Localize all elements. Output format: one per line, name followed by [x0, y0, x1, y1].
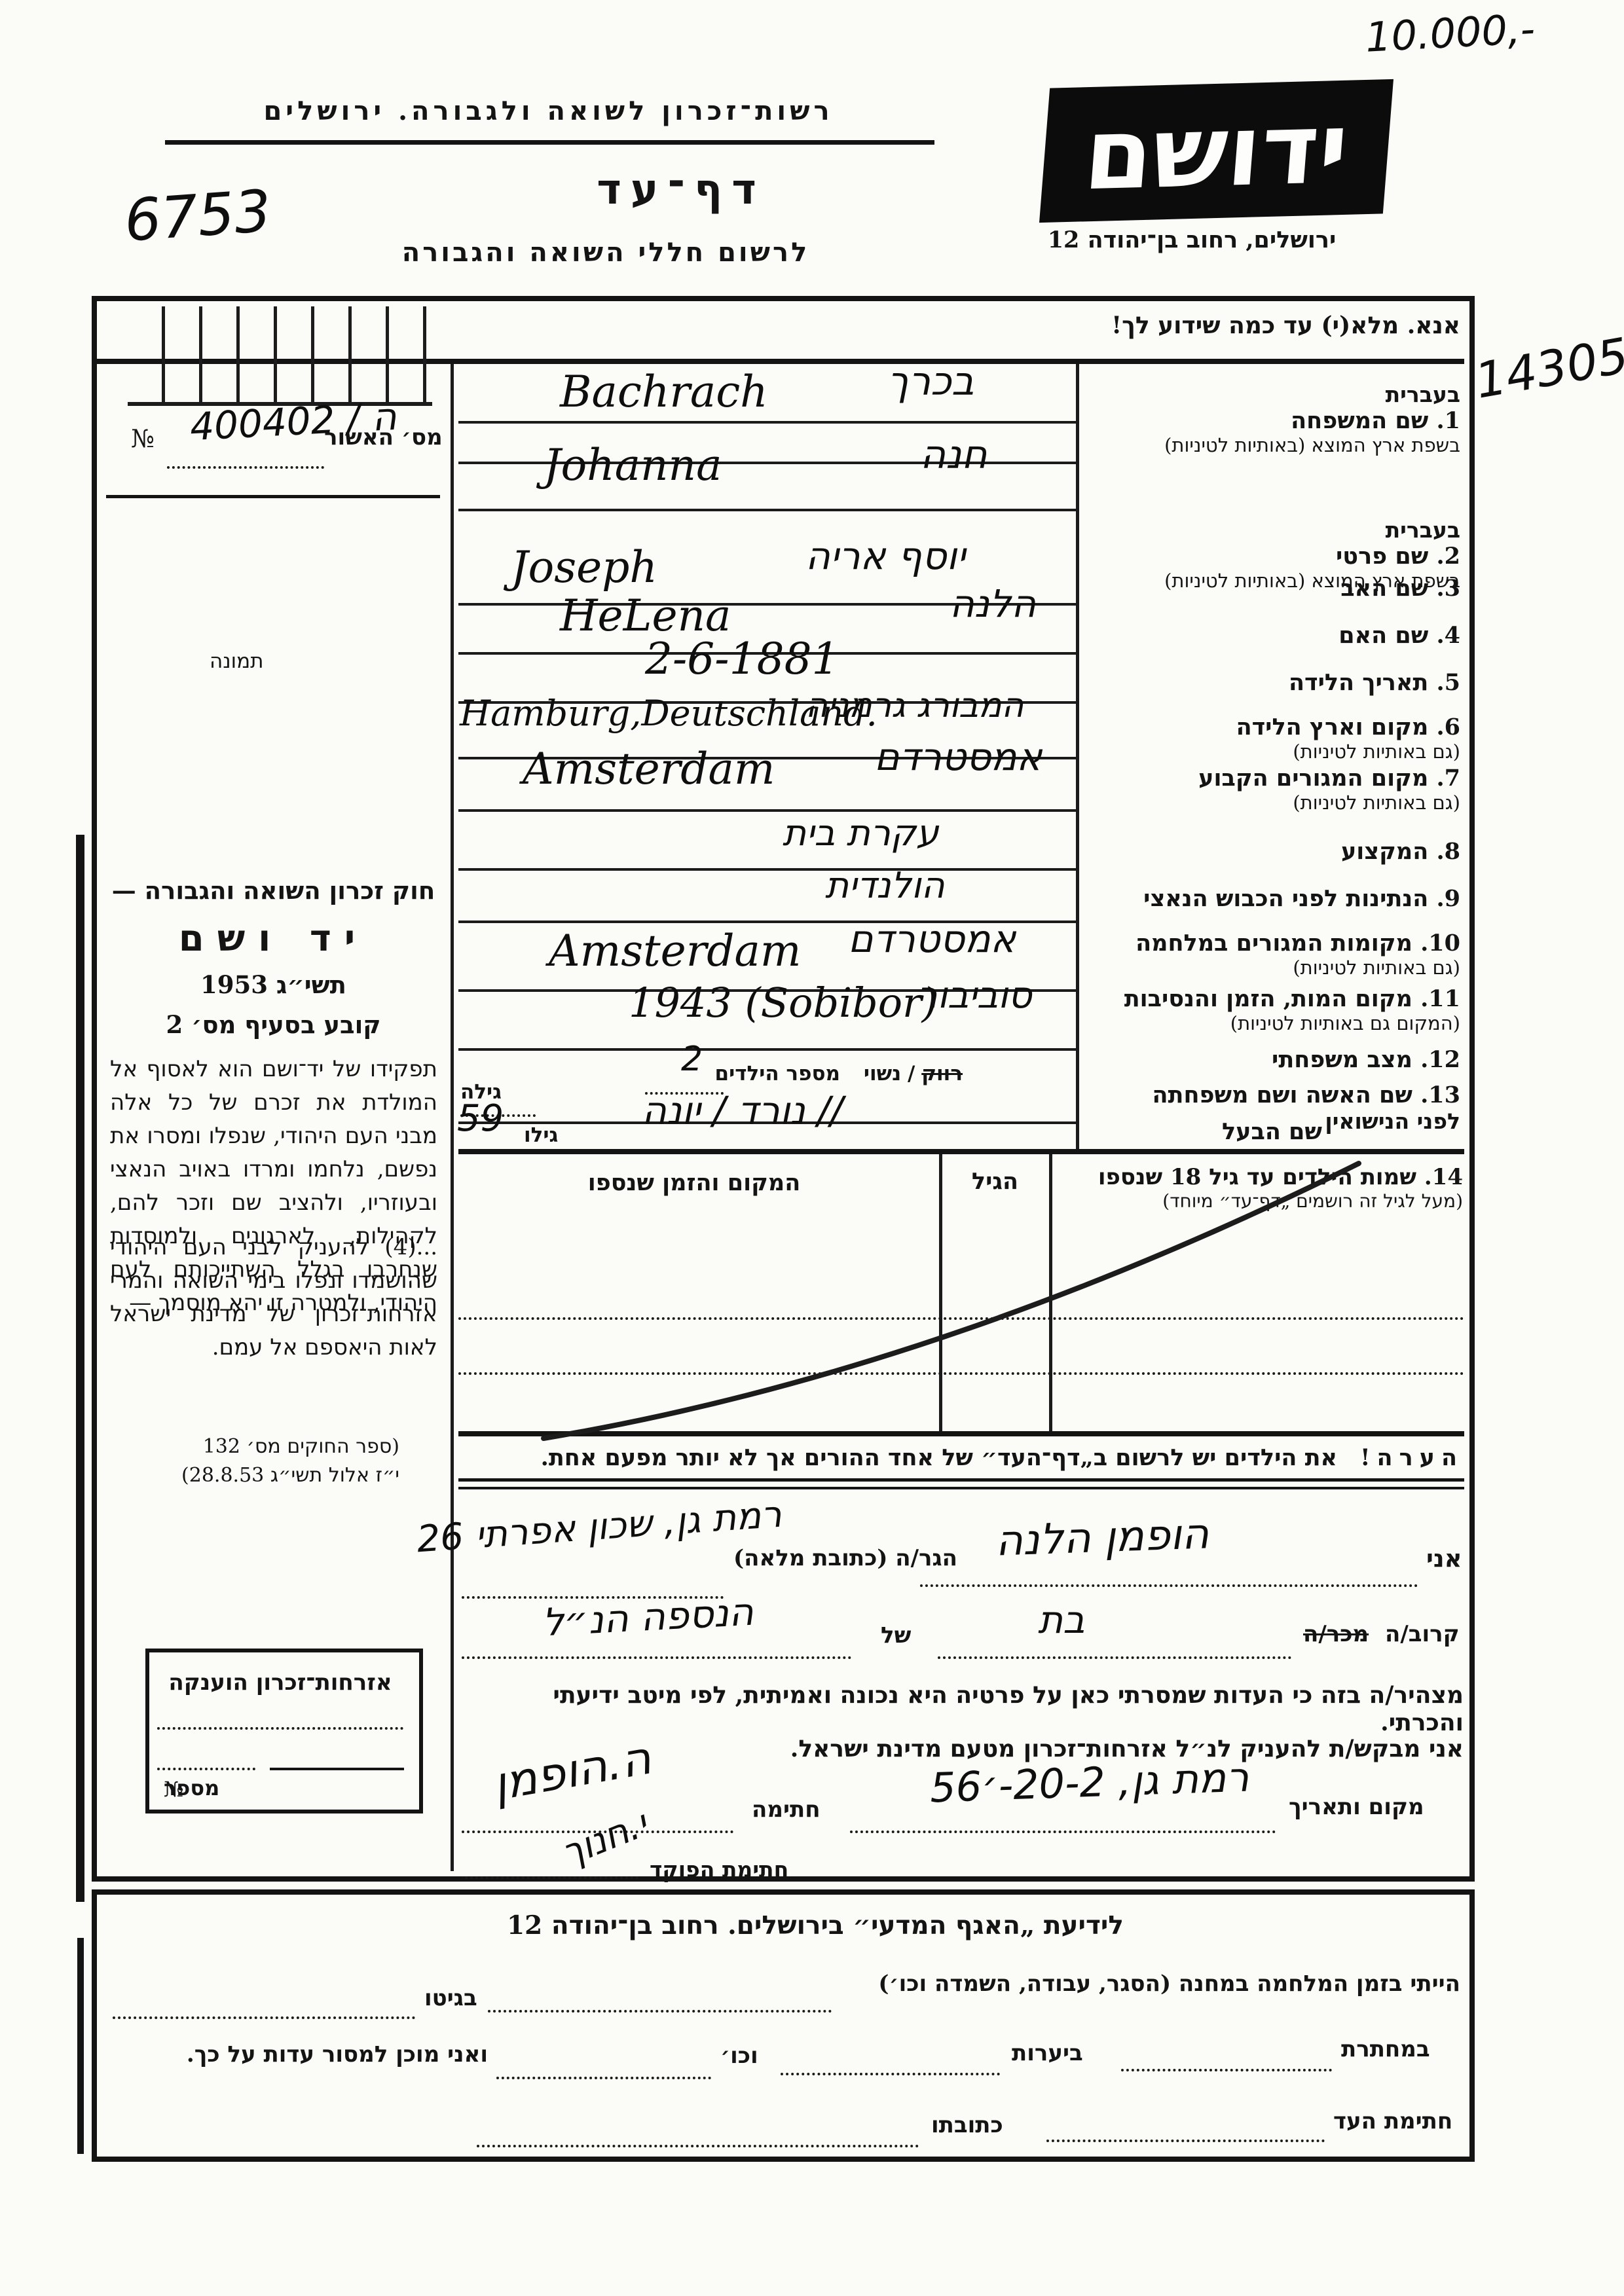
law-clause: קובע בסעיף מס׳ 2: [108, 1010, 439, 1039]
surname-hebrew-handwritten: בכרך: [887, 359, 974, 405]
husband-name-label: שם הבעל: [1084, 1118, 1460, 1145]
field-label-8: 8. המקצוע: [1084, 838, 1460, 865]
info-underground-label: במחתרת: [1341, 2036, 1430, 2062]
info-forests-label: ביערות: [1012, 2040, 1083, 2066]
authority-underline: [165, 140, 934, 145]
amount-handwritten: 10.000,-: [1364, 5, 1536, 61]
answer-line-11: [458, 1048, 1076, 1051]
info-underground-dotted: [1121, 2069, 1332, 2071]
index-ticks-strip: [128, 306, 432, 406]
memorial-line: [270, 1768, 404, 1770]
form-title: דף־עד: [576, 165, 786, 214]
children-count-handwritten: 2: [681, 1040, 703, 1079]
approval-dotted-line: [167, 466, 324, 469]
field-13-label: 13. שם האשה ושם משפחתה: [1084, 1082, 1460, 1108]
info-camps-label: הייתי בזמן המלחמה במחנה (הסגר, עבודה, הש…: [841, 1971, 1460, 1997]
law-body-2: ...(4) להעניק לבני העם היהודי שהושמדו ונ…: [110, 1231, 437, 1364]
answer-line-8: [458, 868, 1076, 871]
yad-vashem-logo: ידושם: [1039, 79, 1393, 223]
law-citation-2: י״ז אלול תשי״ג 28.8.53): [118, 1464, 399, 1487]
info-witness-signature-label: חתימת העד: [1333, 2108, 1452, 2134]
logo-address: ירושלים, רחוב בן־יהודה 12: [995, 227, 1388, 253]
mother-hebrew-handwritten: הלנה: [950, 581, 1036, 626]
info-camps-dotted: [488, 2010, 832, 2013]
field-11-sublabel: (המקום גם באותיות לטיניות): [1084, 1012, 1460, 1034]
husband-age-label: גילו: [524, 1123, 558, 1147]
memorial-no-symbol: №: [164, 1777, 183, 1802]
residence-hebrew-handwritten: אמסטרדם: [874, 735, 1042, 779]
answer-line-1: [458, 421, 1076, 424]
birthplace-hebrew-handwritten: המבורג גרמניה: [805, 686, 1024, 725]
field-label-5: 5. תאריך הלידה: [1084, 669, 1460, 696]
info-witness-address-dotted: [477, 2145, 919, 2147]
field-2-pre: בעברית: [1084, 517, 1460, 543]
clerk-signature-dotted: [465, 1876, 638, 1879]
children-count-label: מספר הילדים: [715, 1062, 857, 1085]
relation-handwritten: בת: [1038, 1597, 1085, 1642]
relation-dotted: [938, 1656, 1291, 1659]
memorial-box-title: אזרחות־זכרון הוענקה: [152, 1669, 409, 1696]
birthdate-handwritten: 2-6-1881: [645, 634, 840, 684]
scan-artifact-left-2: [77, 1938, 84, 2154]
surname-latin-handwritten: Bachrach: [560, 367, 768, 417]
war-residence-hebrew-handwritten: אמסטרדם: [848, 917, 1016, 961]
form-number-handwritten: 6753: [122, 177, 274, 254]
citizenship-handwritten: הולנדית: [825, 864, 945, 906]
field-label-1: בעברית 1. שם המשפחה בשפת ארץ המוצא (באות…: [1084, 382, 1460, 456]
photo-label: תמונה: [210, 649, 264, 673]
rule-note-1: [458, 1478, 1464, 1482]
field-6-sublabel: (גם באותיות לטיניות): [1084, 740, 1460, 763]
field-label-7: 7. מקום המגורים הקבוע (גם באותיות לטיניו…: [1084, 765, 1460, 814]
info-forests-dotted: [781, 2073, 1000, 2075]
fill-instruction: אנא. מלא(י) עד כמה שידוע לך!: [1074, 312, 1460, 339]
info-witness-address-label: כתובתו: [931, 2112, 1003, 2138]
firstname-hebrew-handwritten: חנה: [920, 432, 987, 478]
info-title: לידיעת „האגף המדעי״ בירושלים. רחוב בן־יה…: [390, 1910, 1241, 1941]
field-10-sublabel: (גם באותיות לטיניות): [1084, 957, 1460, 979]
of-whom-dotted: [462, 1656, 851, 1659]
field-1-pre: בעברית: [1084, 382, 1460, 407]
crossout-stroke: [511, 1147, 1388, 1448]
place-date-dotted: [850, 1831, 1276, 1833]
note-text: את הילדים יש לרשום ב„דף־העד״ של אחד ההור…: [541, 1444, 1337, 1471]
registry-number-handwritten: 14305: [1471, 327, 1624, 410]
answer-line-7: [458, 809, 1076, 812]
law-year: תשי״ג 1953: [108, 970, 439, 999]
marital-slash: /: [908, 1062, 915, 1085]
residence-latin-handwritten: Amsterdam: [523, 744, 775, 794]
divider-left-column: [451, 364, 454, 1871]
info-ready-label: ואני מוכן למסור עדות על כך.: [108, 2041, 488, 2068]
residing-label: הגר/ה (כתובת מלאה): [733, 1545, 957, 1571]
declarant-name-handwritten: הופמן הלנה: [995, 1510, 1209, 1565]
field-7-label: 7. מקום המגורים הקבוע: [1084, 765, 1460, 792]
rule-note-2: [458, 1487, 1464, 1489]
declaration-statement: מצהיר/ה בזה כי העדות שמסרתי כאן על פרטיה…: [468, 1681, 1464, 1736]
father-hebrew-handwritten: יוסף אריה: [805, 534, 965, 578]
field-label-3: 3. שם האב: [1084, 575, 1460, 602]
info-etc-label: וכו׳: [720, 2043, 758, 2069]
scan-artifact-left: [76, 835, 84, 1902]
field-11-label: 11. מקום המות, הזמן והנסיבות: [1084, 985, 1460, 1012]
relative-label: קרוב/ה: [1385, 1621, 1460, 1647]
death-place-hebrew-handwritten: סוביבור: [917, 974, 1032, 1017]
memorial-dotted-2: [157, 1768, 255, 1770]
field-10-label: 10. מקומות המגורים במלחמה: [1084, 930, 1460, 957]
approval-label: מס׳ האשור: [324, 424, 443, 450]
field-label-11: 11. מקום המות, הזמן והנסיבות (המקום גם ב…: [1084, 985, 1460, 1034]
marital-single-option: רווק: [921, 1062, 963, 1085]
husband-name-handwritten: // נורד / יונה: [642, 1088, 843, 1133]
occupation-handwritten: עקרת בית: [783, 812, 938, 854]
declaration-i-label: אני: [1426, 1544, 1462, 1573]
declaration-dotted-name: [920, 1584, 1418, 1587]
info-etc-dotted: [496, 2077, 711, 2079]
firstname-latin-handwritten: Johanna: [544, 440, 722, 490]
info-ghetto-label: בגיטו: [424, 1985, 477, 2011]
rule-under-approval: [106, 495, 440, 498]
field-label-9: 9. הנתינות לפני הכבוש הנאצי: [1084, 885, 1460, 912]
war-residence-latin-handwritten: Amsterdam: [549, 926, 801, 976]
info-witness-signature-dotted: [1046, 2140, 1325, 2142]
acquaintance-label: מכר/ה: [1303, 1621, 1369, 1647]
field-label-10: 10. מקומות המגורים במלחמה (גם באותיות לט…: [1084, 930, 1460, 979]
marital-married-option: נשוי: [864, 1062, 901, 1085]
clerk-signature-label: חתימת הפוקד: [650, 1857, 788, 1882]
death-place-latin-handwritten: 1943 (Sobibor): [629, 979, 938, 1027]
law-citation-1: (ספר החוקים מס׳ 132: [118, 1435, 399, 1458]
field-7-sublabel: (גם באותיות לטיניות): [1084, 792, 1460, 814]
note-title: הערה!: [1344, 1444, 1464, 1471]
note-row: הערה! את הילדים יש לרשום ב„דף־העד״ של אח…: [468, 1444, 1464, 1471]
authority-title: רשות־זכרון לשואה ולגבורה. ירושלים: [160, 96, 936, 126]
answer-line-2: [458, 509, 1076, 511]
law-name: יד ושם: [108, 917, 439, 960]
form-subtitle: לרשום חללי השואה והגבורה: [357, 237, 855, 268]
approval-no-symbol: №: [131, 424, 155, 453]
field-2-label: 2. שם פרטי: [1084, 543, 1460, 570]
memorial-dotted-1: [157, 1727, 403, 1730]
husband-age-handwritten: 59: [457, 1097, 504, 1140]
field-label-4: 4. שם האם: [1084, 622, 1460, 649]
place-date-label: מקום ותאריך: [1289, 1794, 1424, 1820]
divider-label-column: [1076, 364, 1079, 1150]
law-title: חוק זכרון השואה והגבורה —: [108, 876, 439, 905]
field-1-sublabel: בשפת ארץ המוצא (באותיות לטיניות): [1084, 434, 1460, 456]
field-1-label: 1. שם המשפחה: [1084, 407, 1460, 434]
signature-label: חתימה: [752, 1796, 821, 1823]
testimony-page-scan: 10.000,- רשות־זכרון לשואה ולגבורה. ירושל…: [0, 0, 1624, 2296]
father-latin-handwritten: Joseph: [511, 542, 657, 592]
field-label-6: 6. מקום וארץ הלידה (גם באותיות לטיניות): [1084, 714, 1460, 763]
field-6-label: 6. מקום וארץ הלידה: [1084, 714, 1460, 740]
of-label: של: [881, 1622, 911, 1649]
field-label-12: 12. מצב משפחתי: [1084, 1046, 1460, 1073]
info-ghetto-dotted: [113, 2016, 415, 2019]
